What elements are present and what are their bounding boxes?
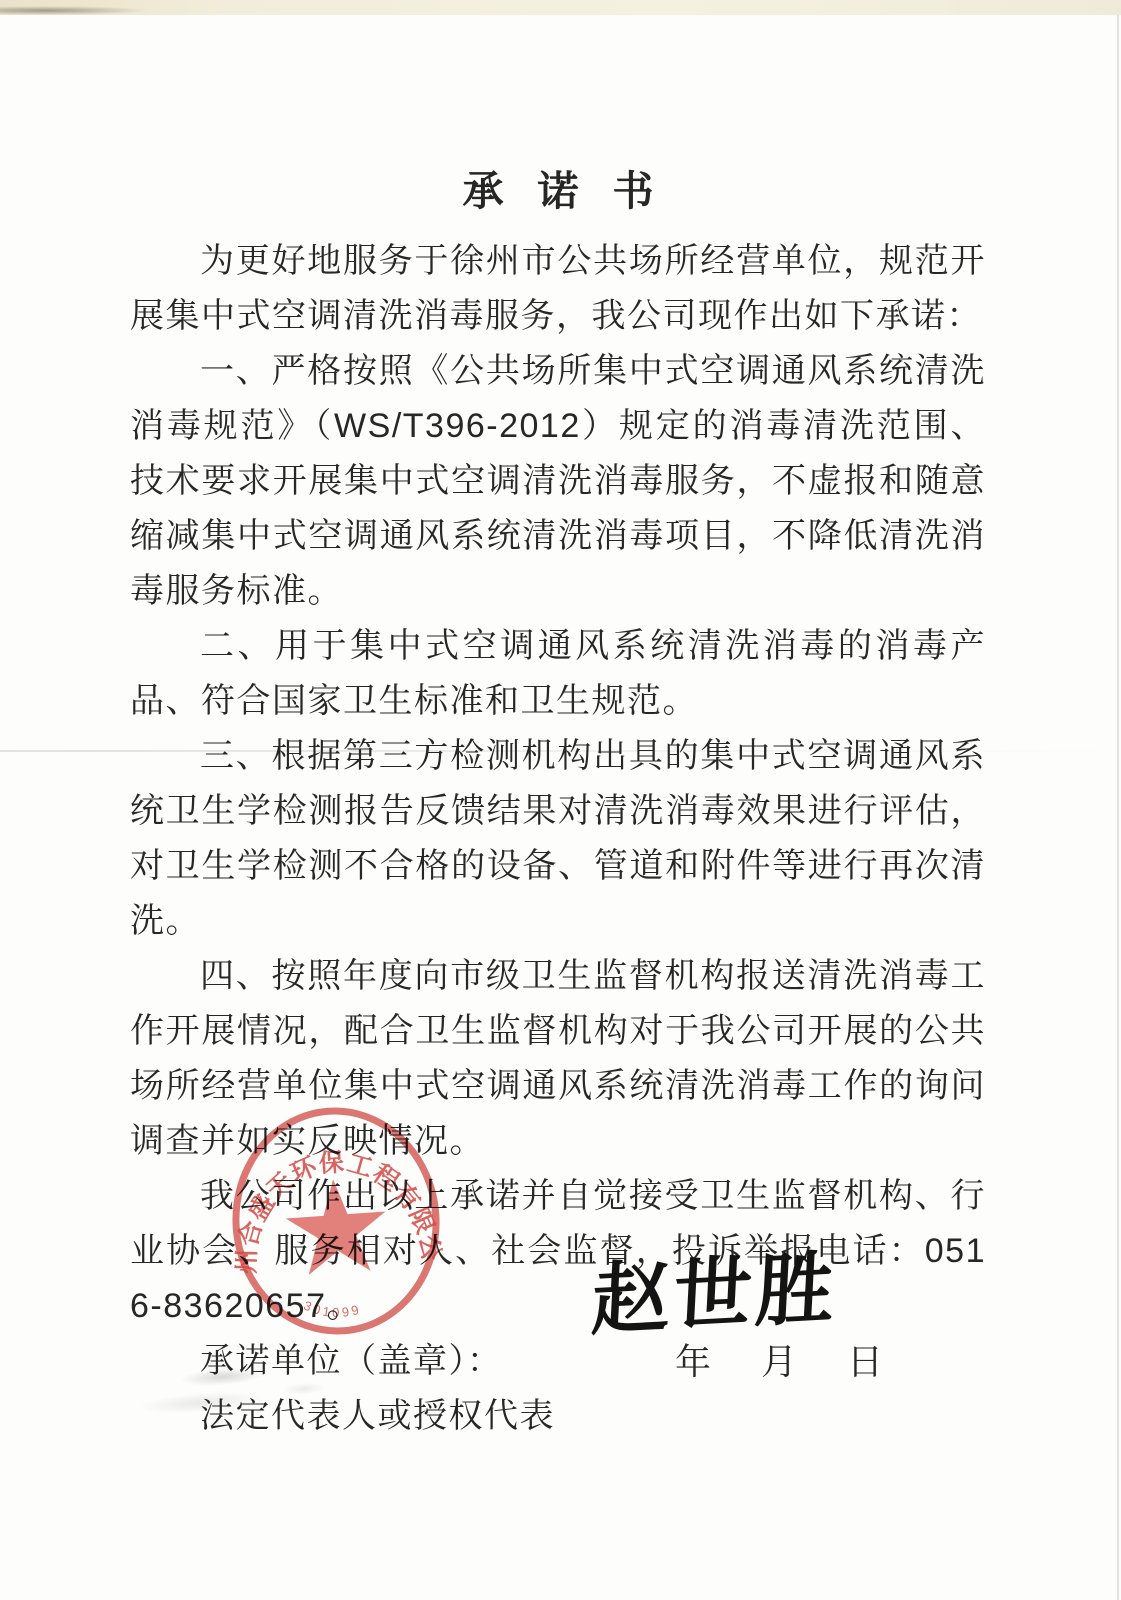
scan-edge-strip (0, 0, 1121, 15)
document-title: 承诺书 (130, 158, 986, 217)
date-month-label: 月 (761, 1334, 797, 1385)
date-line: 年 月 日 (675, 1334, 883, 1385)
commitment-item-1: 一、严格按照《公共场所集中式空调通风系统清洗消毒规范》（WS/T396-2012… (130, 344, 986, 619)
scanned-document-page: 承诺书 为更好地服务于徐州市公共场所经营单位，规范开展集中式空调清洗消毒服务，我… (0, 0, 1121, 1600)
paper-edge-shadow (1117, 15, 1119, 1600)
company-seal: 徐州合盛天环保工程有限公司 301099 (220, 1096, 452, 1346)
seal-number: 301099 (301, 1294, 364, 1323)
seal-star (283, 1176, 389, 1277)
date-year-label: 年 (675, 1334, 711, 1385)
commitment-item-3: 三、根据第三方检测机构出具的集中式空调通风系统卫生学检测报告反馈结果对清洗消毒效… (130, 729, 986, 949)
scan-smudge (0, 6, 150, 15)
handwritten-signature: 赵世胜 (589, 1225, 841, 1350)
svg-text:301099: 301099 (301, 1294, 364, 1323)
date-day-label: 日 (847, 1334, 883, 1385)
body-paragraph-intro: 为更好地服务于徐州市公共场所经营单位，规范开展集中式空调清洗消毒服务，我公司现作… (130, 234, 986, 344)
representative-label: 法定代表人或授权代表 (130, 1389, 986, 1444)
commitment-item-2: 二、用于集中式空调通风系统清洗消毒的消毒产品、符合国家卫生标准和卫生规范。 (130, 619, 986, 729)
